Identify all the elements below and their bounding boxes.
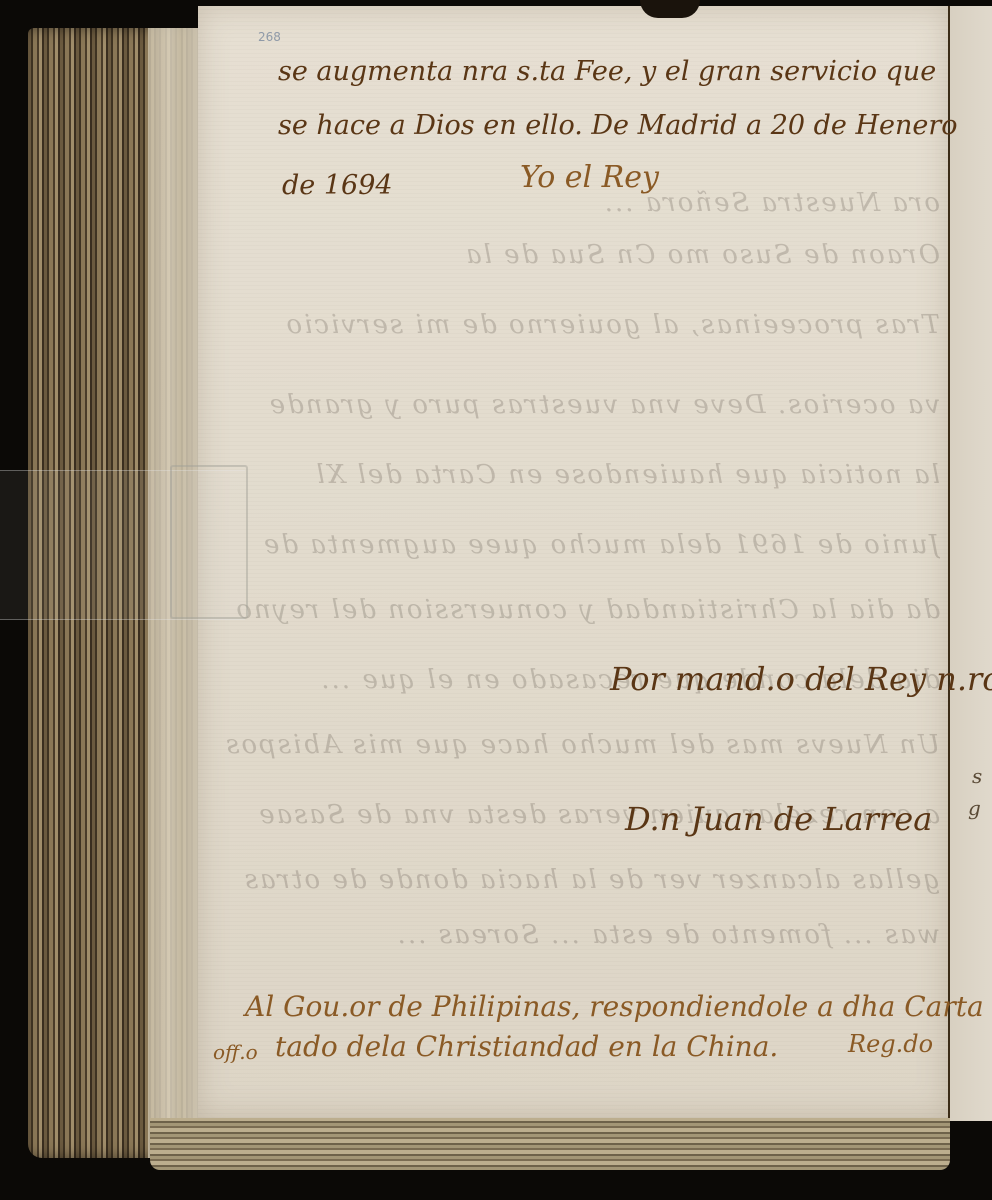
bleed-through-line: Oraon de Suso mo Cn Sua de la <box>210 240 940 270</box>
bleed-through-line: Tras proceeinas, al gouierno de mi servi… <box>210 310 940 340</box>
facing-page-fragment: g <box>968 796 981 820</box>
bleed-through-line: gellas alcanzer ver de la hacia donde de… <box>210 865 940 895</box>
summary-line-2: tado dela Christiandad en la China. <box>275 1030 778 1063</box>
closing-line-2: se hace a Dios en ello. De Madrid a 20 d… <box>278 110 958 141</box>
closing-line-1: se augmenta nra s.ta Fee, y el gran serv… <box>278 56 936 87</box>
bleed-through-line: was ... fomento de esta ... Soreas ... <box>210 920 940 950</box>
secretary-signature: D.n Juan de Larrea <box>625 800 932 838</box>
transparent-page-clip <box>0 470 245 620</box>
royal-signature: Yo el Rey <box>520 160 659 195</box>
margin-note-left: off.o <box>213 1040 258 1064</box>
clip-tab <box>170 465 248 619</box>
closing-date-year: de 1694 <box>282 170 393 201</box>
facing-page: s g <box>950 6 992 1121</box>
bleed-through-line: Junio de 1691 dela mucho quee augmenta d… <box>210 530 940 560</box>
bleed-through-line: Un Nuevs mas del mucho hace que mis Abis… <box>210 730 940 760</box>
bleed-through-line: da dia la Christiandad y conuerssion del… <box>210 595 940 625</box>
page-tear <box>640 0 700 18</box>
countersign-line: Por mand.o del Rey n.ro S.r <box>610 660 992 698</box>
facing-page-fragment: s <box>972 764 982 788</box>
summary-line-1: Al Gou.or de Philipinas, respondiendole … <box>245 990 992 1023</box>
book-bottom-edge <box>150 1118 950 1170</box>
bleed-through-line: la noticia que hauiendose en Carta del X… <box>210 460 940 490</box>
bleed-through-line: va ocerios. Deve vna vuestras puro y gra… <box>210 390 940 420</box>
folio-number: 268 <box>258 30 281 44</box>
margin-note-registered: Reg.do <box>848 1030 933 1058</box>
photo-background: s g ora Nuestra Señora ... Oraon de Suso… <box>0 0 992 1200</box>
page-gutter <box>948 6 950 1118</box>
